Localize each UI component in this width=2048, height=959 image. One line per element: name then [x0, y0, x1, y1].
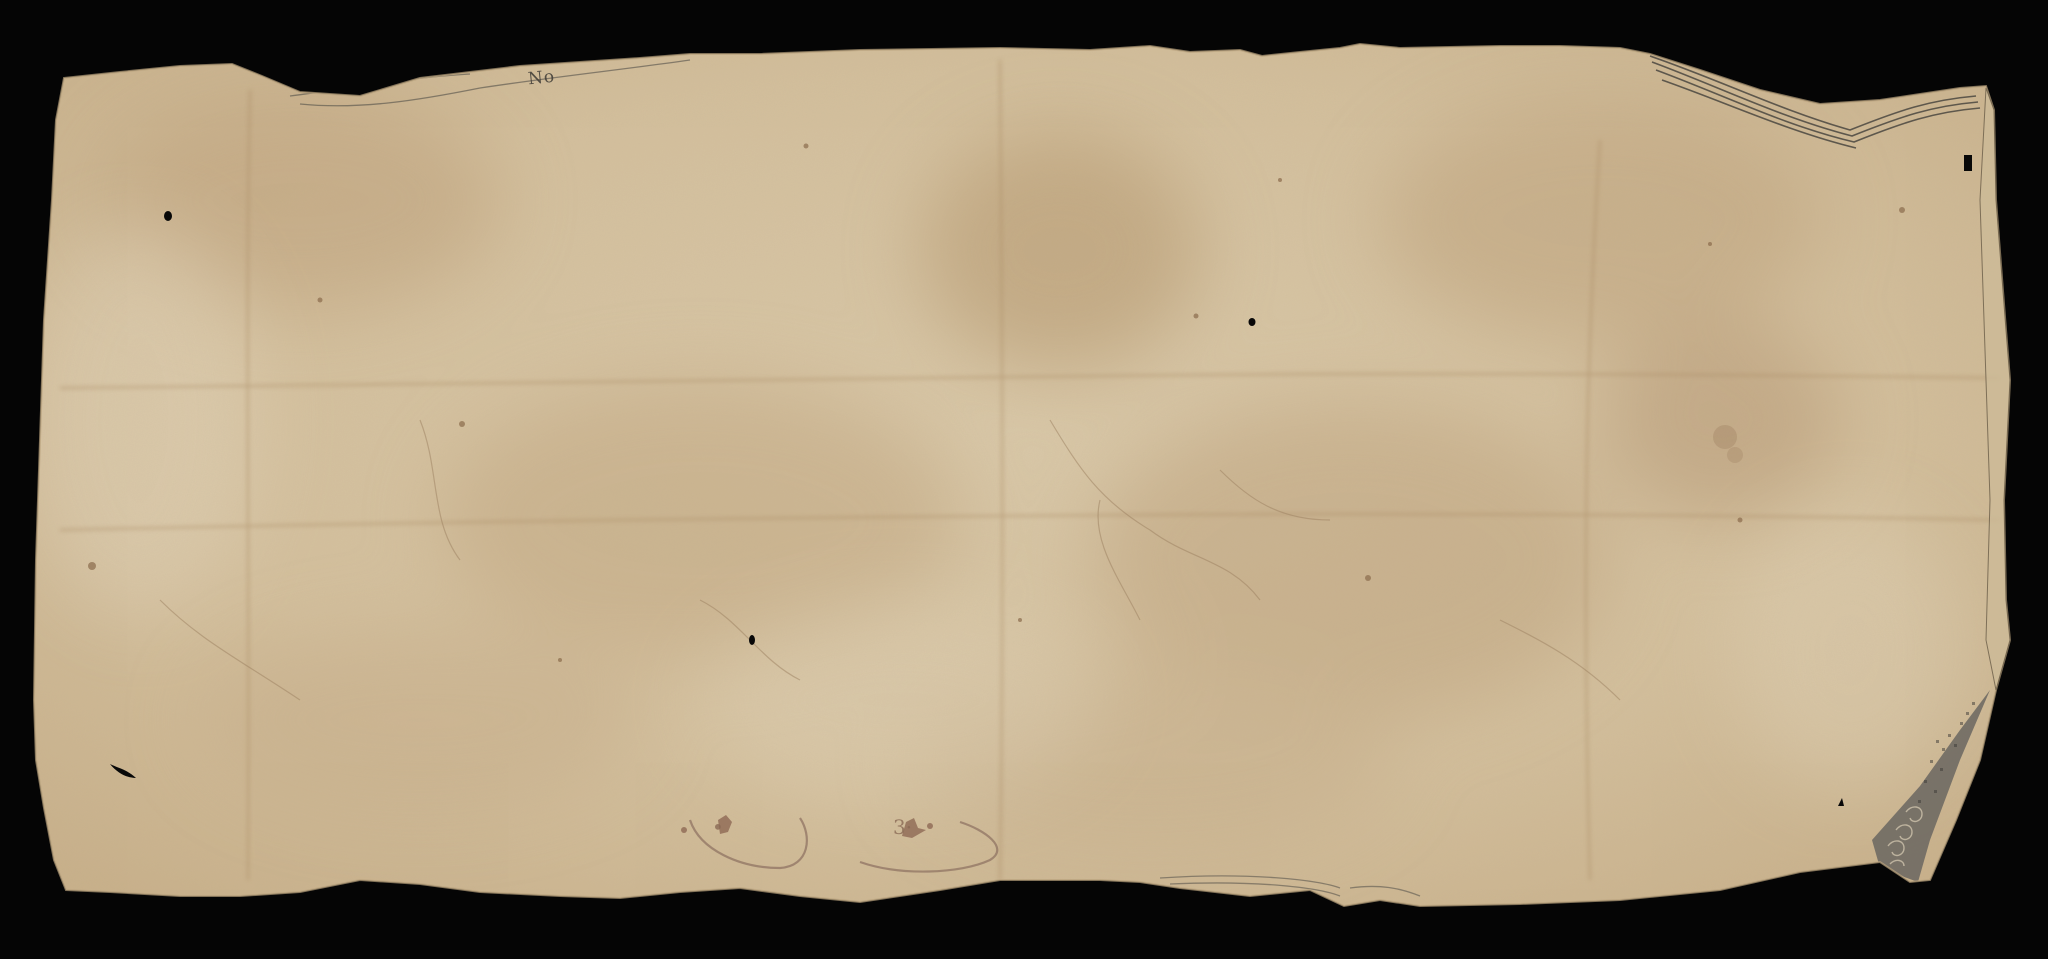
photo-stage: No • 3· Reverse side of an aged paper ba…: [0, 0, 2048, 959]
stamp-mark-left: •: [712, 815, 724, 839]
stamp-mark-right: 3·: [893, 815, 912, 839]
paper-texture-layer: [0, 0, 2048, 959]
serial-number-fragment: No: [527, 67, 556, 90]
banknote-photo: [0, 0, 2048, 959]
